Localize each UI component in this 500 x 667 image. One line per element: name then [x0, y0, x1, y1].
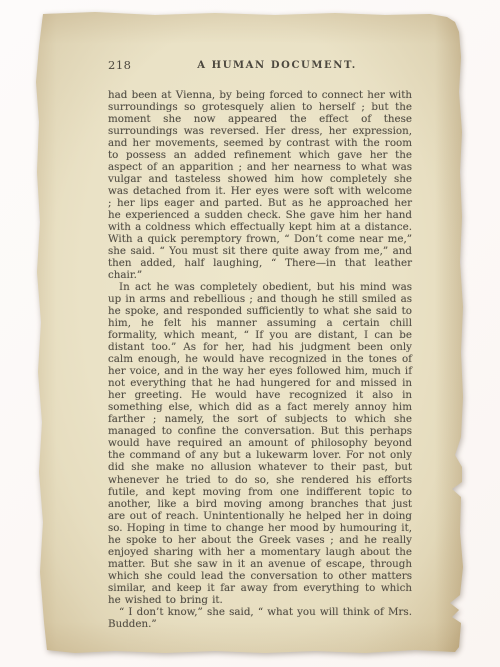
page-content-area: 218 A HUMAN DOCUMENT. had been at Vienna…: [108, 58, 412, 630]
paragraph: In act he was completely obedient, but h…: [108, 281, 412, 605]
page-shadow-wrapper: 218 A HUMAN DOCUMENT. had been at Vienna…: [35, 12, 465, 654]
page-header: 218 A HUMAN DOCUMENT.: [108, 58, 412, 74]
running-title: A HUMAN DOCUMENT.: [108, 60, 446, 71]
body-text: had been at Vienna, by being forced to c…: [108, 89, 412, 630]
scan-background: 218 A HUMAN DOCUMENT. had been at Vienna…: [0, 0, 500, 667]
paragraph: had been at Vienna, by being forced to c…: [108, 89, 412, 281]
paragraph: “ I don’t know,” she said, “ what you wi…: [108, 606, 412, 630]
book-page: 218 A HUMAN DOCUMENT. had been at Vienna…: [35, 12, 465, 654]
